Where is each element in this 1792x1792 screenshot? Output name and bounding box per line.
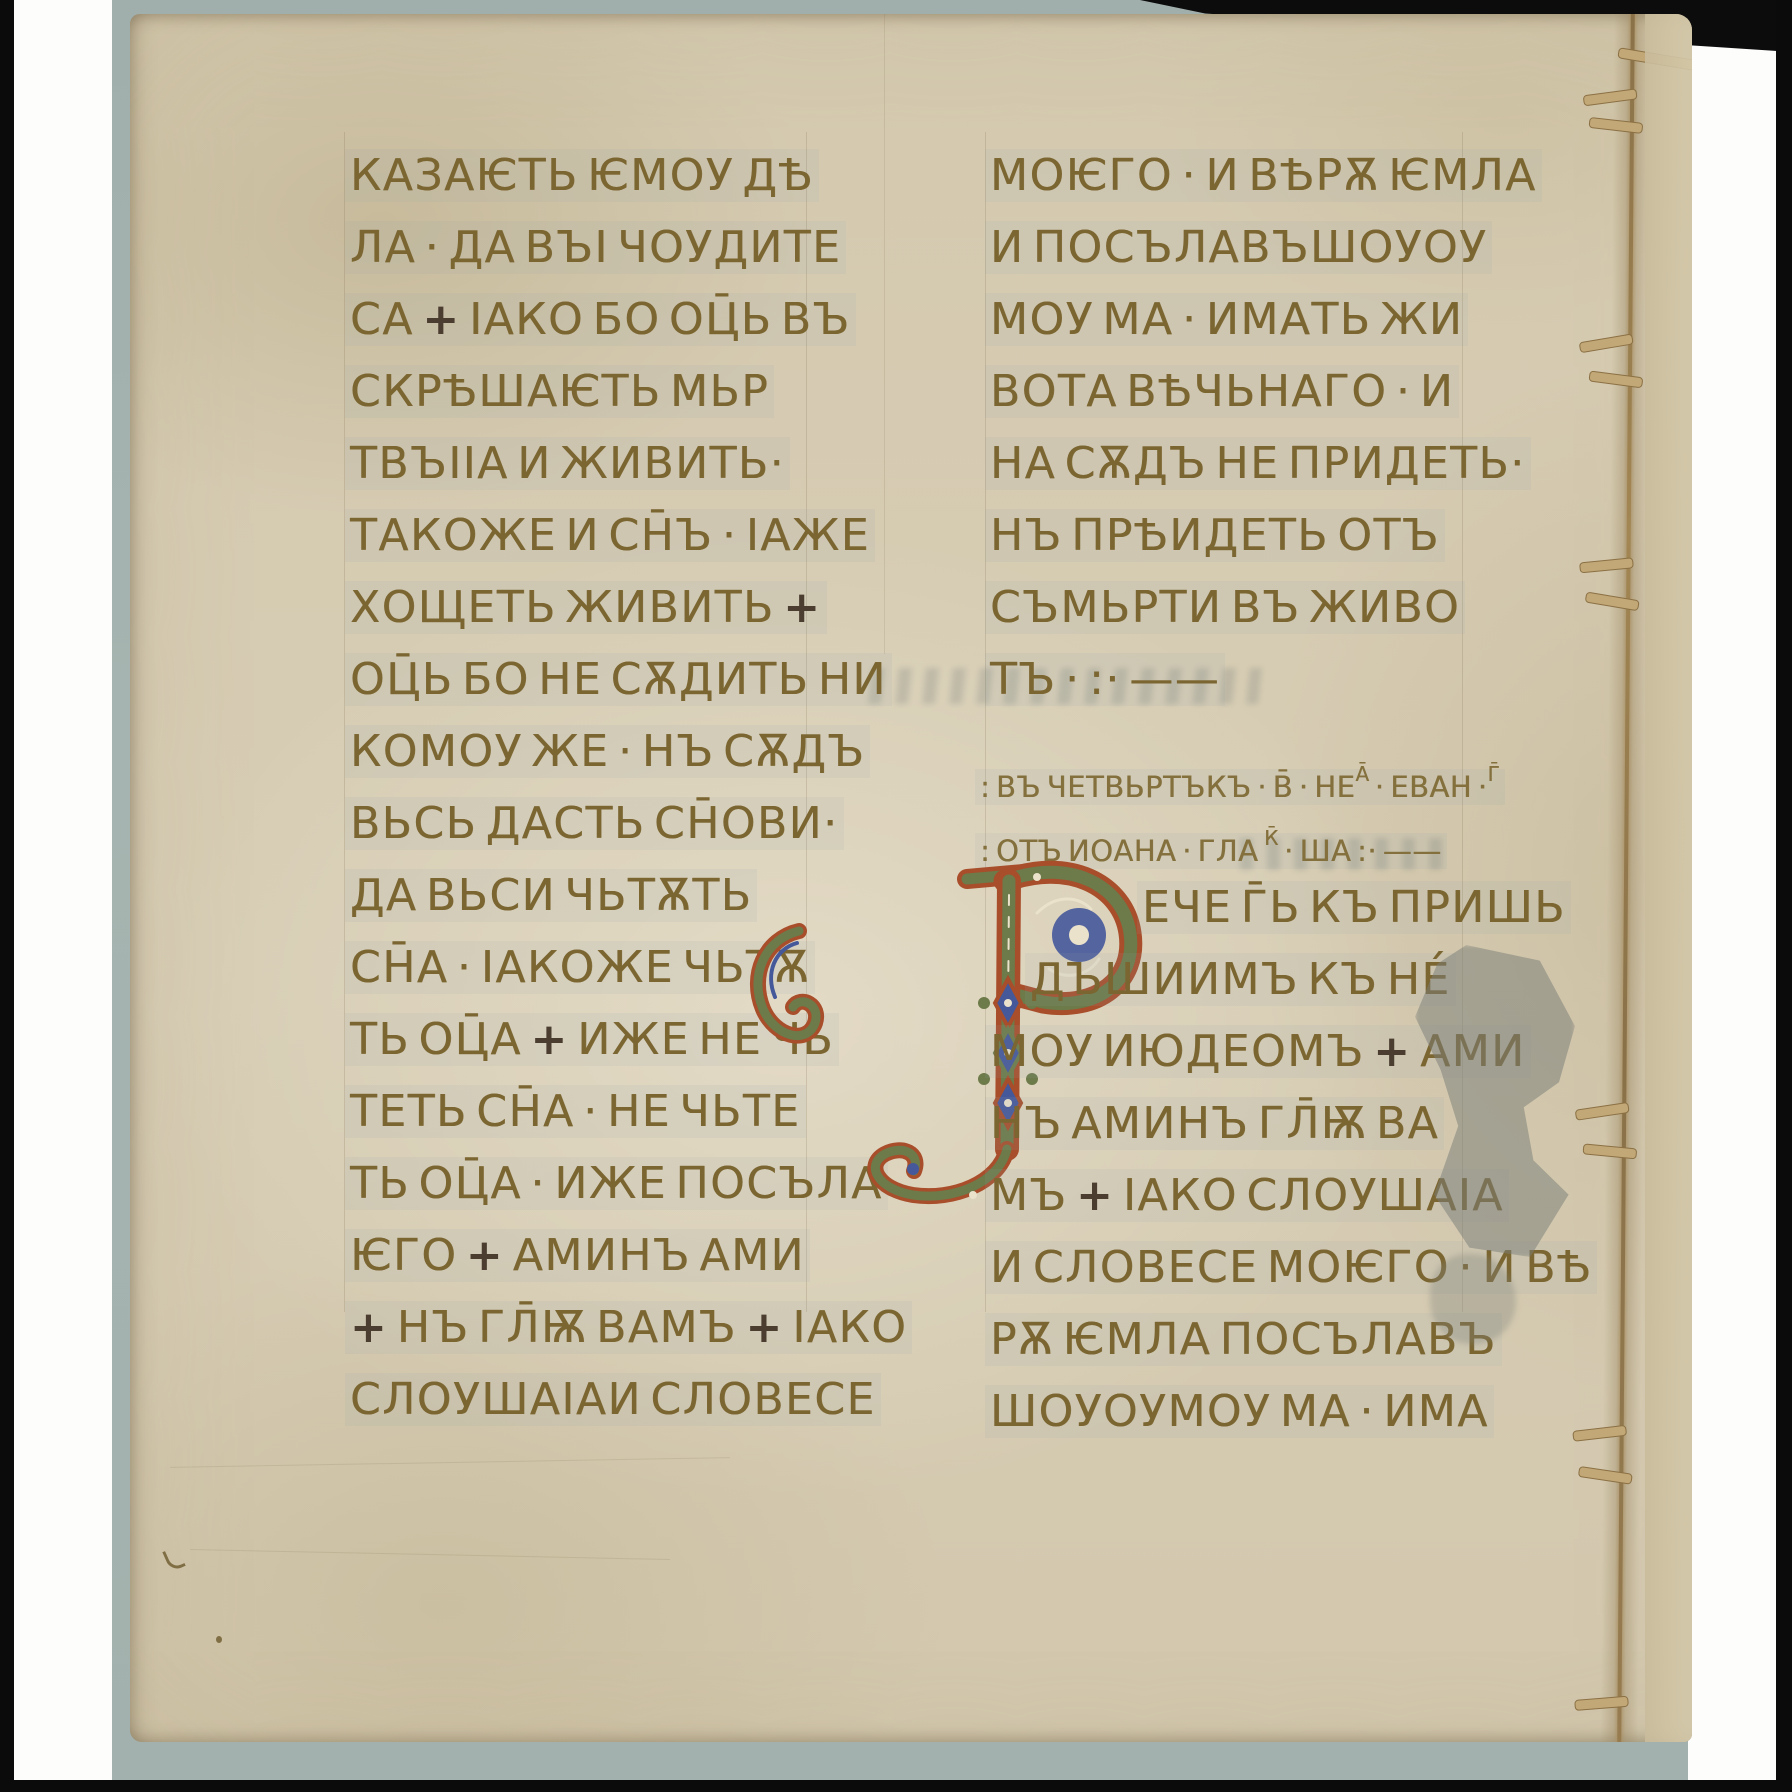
text-line: КАЗАѤТЬ ѤМОУ ДѢ: [345, 140, 810, 212]
right-edge: [1776, 0, 1792, 1792]
binding-stitch: [1578, 1466, 1633, 1485]
bottom-edge: [0, 1780, 1792, 1792]
superscript-abbreviation: К̄: [1264, 826, 1278, 850]
text-line: ВЬСЬ ДАСТЬ СН̄ОВИ·: [345, 788, 810, 860]
text-line: ОЦ̄Ь БО НЕ СѪДИТЬ НИ: [345, 644, 810, 716]
ink-squiggle: [162, 1546, 186, 1573]
text-line: ШОУОУМОУ МА · ИМА: [985, 1376, 1465, 1448]
text-line: И СЛОВЕСЕ МОѤГО · И ВѢ: [985, 1232, 1465, 1304]
text-line: ТАКОЖЕ И СН̄Ъ · ІАЖЕ: [345, 500, 810, 572]
gray-stain-tail: [1430, 1254, 1516, 1344]
text-line: И ПОСЪЛАВЪШОУОУ: [985, 212, 1460, 284]
binding-stitch: [1579, 333, 1634, 353]
parchment-page: КАЗАѤТЬ ѤМОУ ДѢЛА · ДА ВЪІ ЧОУДИТЕСА + І…: [130, 14, 1692, 1742]
text-line: КОМОУ ЖЕ · НЪ СѪДЪ: [345, 716, 810, 788]
cross-mark: +: [466, 1230, 504, 1281]
cross-mark: +: [783, 582, 821, 633]
text-line: НА СѪДЪ НЕ ПРИДЕТЬ·: [985, 428, 1460, 500]
right-text-column-lower: ЕЧЕ Г̄Ь КЪ ПРИШЬДЪШИИМЪ КЪ НЕ́МОУ ИЮДЕОМ…: [985, 872, 1465, 1448]
right-margin-strip: [1688, 28, 1778, 1780]
rubric-line: : ВЪ ЧЕТВЬРТЪКЪ · В̄ · НЕА̄ · ЕВАН ·Г̄: [975, 742, 1475, 806]
text-line: + НЪ ГЛ̄Ѭ ВАМЪ + ІАКО: [345, 1292, 810, 1364]
superscript-abbreviation: Г̄: [1488, 762, 1500, 786]
binding-stitch: [1588, 117, 1643, 134]
binding-stitch: [1585, 592, 1640, 612]
cross-mark: +: [1076, 1170, 1114, 1221]
manuscript-scan: КАЗАѤТЬ ѤМОУ ДѢЛА · ДА ВЪІ ЧОУДИТЕСА + І…: [0, 0, 1792, 1792]
text-line: МОУ МА · ИМАТЬ ЖИ: [985, 284, 1460, 356]
left-edge: [0, 0, 14, 1792]
text-line: МОУ ИЮДЕОМЪ + АМИ: [985, 1016, 1465, 1088]
cross-mark: +: [1373, 1026, 1411, 1077]
text-line: ТВЪІІА И ЖИВИТЬ·: [345, 428, 810, 500]
binding-stitch: [1582, 1143, 1637, 1159]
superscript-abbreviation: А̄: [1355, 762, 1369, 786]
page-stack-edge: [150, 1742, 1688, 1762]
text-line: ЛА · ДА ВЪІ ЧОУДИТЕ: [345, 212, 810, 284]
crease: [884, 14, 885, 654]
binding-stitch: [1588, 370, 1643, 388]
right-text-column-upper: МОѤГО · И ВѢРѪ ѤМЛАИ ПОСЪЛАВЪШОУОУМОУ МА…: [985, 140, 1460, 716]
text-line: СЪМЬРТИ ВЪ ЖИВО: [985, 572, 1460, 644]
text-line: ВОТА ВѢЧЬНАГО · И: [985, 356, 1460, 428]
text-line: ЕЧЕ Г̄Ь КЪ ПРИШЬ: [985, 872, 1465, 944]
text-line: РѪ ѤМЛА ПОСЪЛАВЪ: [985, 1304, 1465, 1376]
text-line: НЪ ПРѢИДЕТЬ ОТЪ: [985, 500, 1460, 572]
next-page-edge: [1645, 14, 1692, 1742]
cross-mark: +: [530, 1014, 568, 1065]
text-line: ХОЩЕТЬ ЖИВИТЬ +: [345, 572, 810, 644]
cross-mark: +: [746, 1302, 784, 1353]
crease: [190, 1549, 670, 1560]
text-line: МЪ + ІАКО СЛОУШАІА: [985, 1160, 1465, 1232]
text-line: НЪ АМИНЪ ГЛ̄Ѭ ВА: [985, 1088, 1465, 1160]
left-text-column: КАЗАѤТЬ ѤМОУ ДѢЛА · ДА ВЪІ ЧОУДИТЕСА + І…: [345, 140, 810, 1436]
ink-dot: [216, 1636, 222, 1643]
text-line: СКРѢШАѤТЬ МЬР: [345, 356, 810, 428]
crease: [170, 1457, 730, 1468]
left-margin-strip: [14, 0, 112, 1792]
text-line: СЛОУШАІАИ СЛОВЕСЕ: [345, 1364, 810, 1436]
cross-mark: +: [350, 1302, 388, 1353]
cross-mark: +: [422, 294, 460, 345]
text-line: СА + ІАКО БО ОЦ̄Ь ВЪ: [345, 284, 810, 356]
text-line: ТЪ · :· ——: [985, 644, 1460, 716]
text-line: ѤГО + АМИНЪ АМИ: [345, 1220, 810, 1292]
text-line: ДЪШИИМЪ КЪ НЕ́: [985, 944, 1465, 1016]
text-line: МОѤГО · И ВѢРѪ ѤМЛА: [985, 140, 1460, 212]
